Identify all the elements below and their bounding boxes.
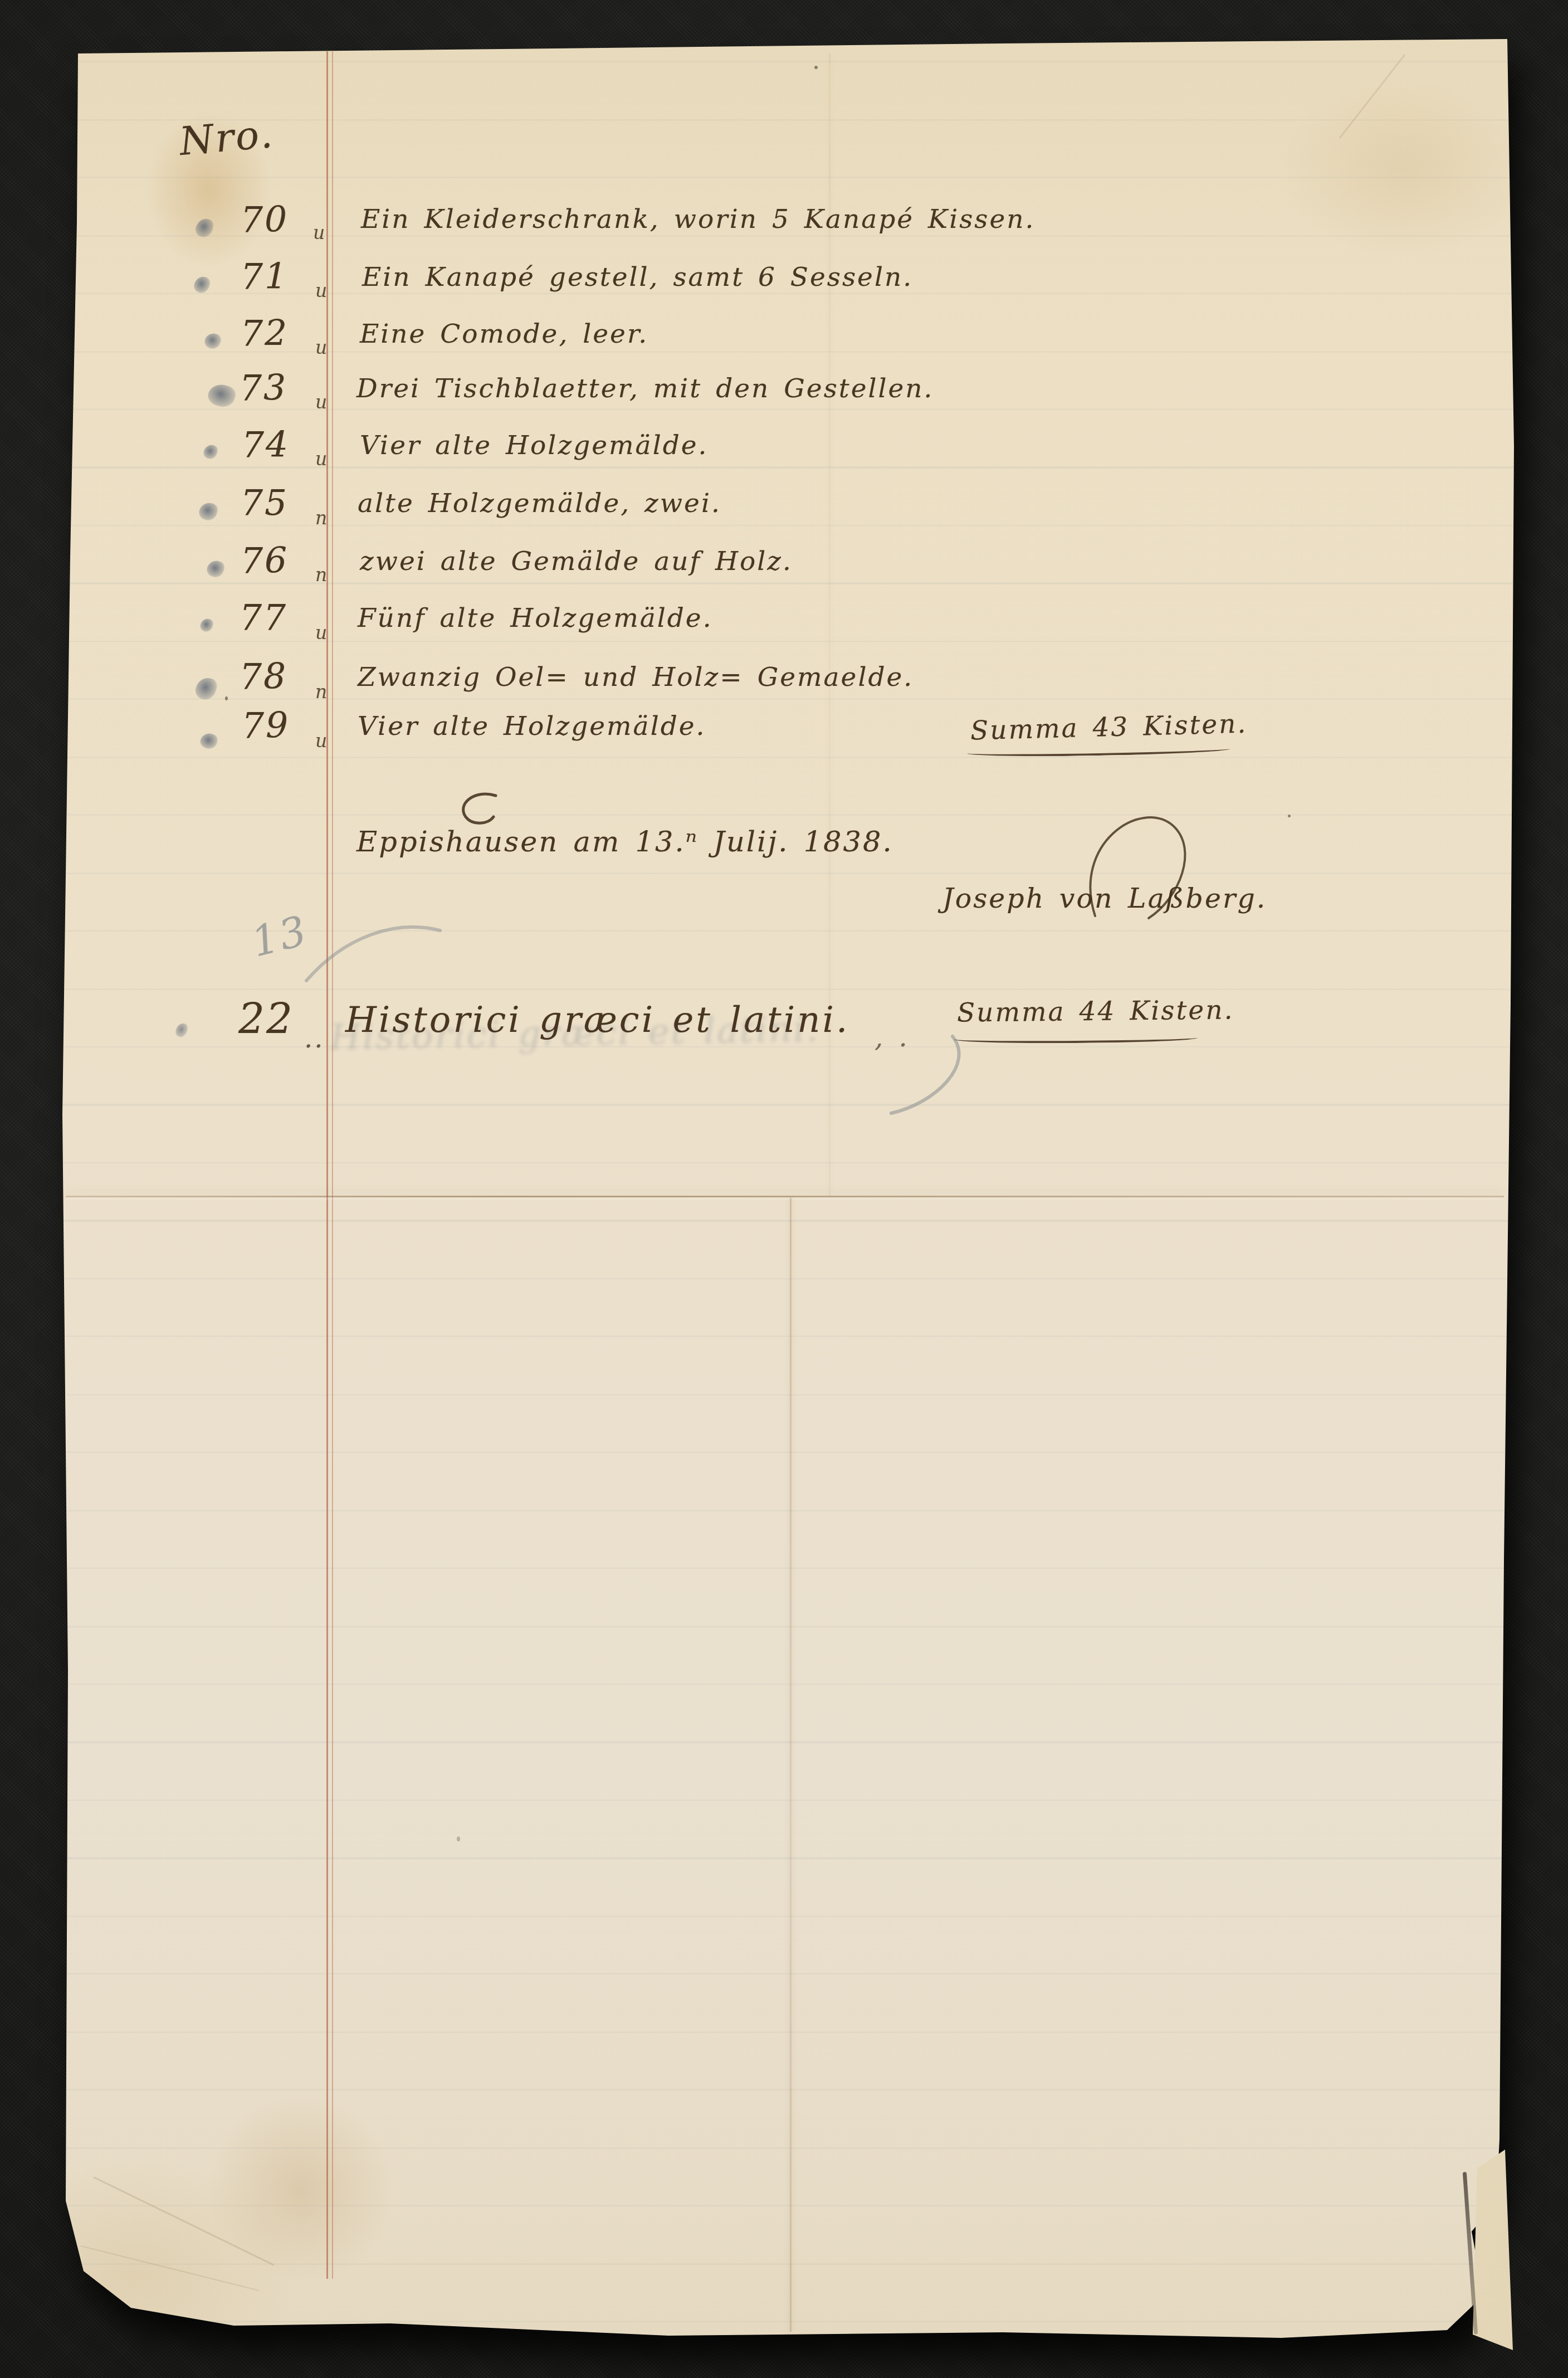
summa-underline	[954, 1008, 1198, 1044]
item-number: 76	[241, 540, 289, 581]
dito-mark: u	[315, 622, 329, 644]
dito-mark: u	[315, 337, 329, 358]
place-date-line: Eppishausen am 13.ⁿ Julij. 1838.	[356, 826, 893, 859]
dito-mark: u	[313, 222, 326, 243]
item-description: Drei Tischblaetter, mit den Gestellen.	[356, 373, 934, 404]
dito-mark: u	[315, 280, 329, 301]
item-description: Zwanzig Oel= und Holz= Gemaelde.	[358, 662, 914, 693]
document-page: Nro. 70 u Ein Kleiderschrank, worin 5 Ka…	[0, 0, 1568, 2378]
entry-title: Historici græci et latini.	[345, 1000, 849, 1041]
paper-speck	[225, 696, 228, 700]
summa-underline	[967, 722, 1230, 758]
item-number: 72	[241, 313, 289, 354]
item-number: 70	[241, 199, 289, 240]
photograph-background: Nro. 70 u Ein Kleiderschrank, worin 5 Ka…	[0, 0, 1568, 2378]
item-number: 78	[240, 656, 287, 697]
paper-shadow-wrap: Nro. 70 u Ein Kleiderschrank, worin 5 Ka…	[0, 0, 1568, 2378]
dito-mark: u	[315, 391, 329, 413]
item-description: Ein Kanapé gestell, samt 6 Sesseln.	[362, 262, 913, 293]
item-description: Ein Kleiderschrank, worin 5 Kanapé Kisse…	[361, 204, 1035, 235]
paper-speck	[457, 1836, 460, 1841]
horizontal-fold-crease	[66, 1196, 1504, 1197]
item-description: Vier alte Holzgemälde.	[358, 711, 706, 742]
item-description: Fünf alte Holzgemälde.	[358, 603, 713, 634]
item-number: 74	[242, 425, 290, 465]
column-header-nro: Nro.	[178, 111, 276, 164]
faint-ruled-lines	[0, 0, 1568, 2378]
item-description: zwei alte Gemälde auf Holz.	[360, 546, 793, 577]
pencil-swirl-stroke	[301, 914, 446, 992]
item-number: 77	[240, 597, 287, 638]
dito-mark: u	[315, 730, 329, 752]
item-description: Vier alte Holzgemälde.	[360, 430, 709, 461]
margin-rule-line-2	[332, 51, 333, 2279]
pencil-flourish-stroke	[869, 1031, 980, 1120]
item-description: alte Holzgemälde, zwei.	[358, 488, 721, 519]
item-number: 75	[241, 483, 289, 523]
dito-mark: u	[315, 448, 329, 470]
dito-mark: n	[315, 681, 329, 703]
margin-rule-line-1	[326, 51, 328, 2279]
dito-mark: n	[315, 507, 329, 529]
signature: Joseph von Laßberg.	[942, 883, 1267, 914]
item-number: 73	[240, 368, 287, 408]
item-description: Eine Comode, leer.	[360, 319, 648, 349]
entry-number-dots: ..	[304, 1023, 325, 1054]
dito-mark: n	[315, 564, 329, 586]
paper-speck	[814, 66, 818, 69]
paper-speck	[1288, 815, 1291, 817]
item-number: 71	[241, 256, 289, 297]
item-number: 79	[242, 705, 290, 746]
entry-number: 22	[238, 995, 294, 1043]
vertical-fold-crease	[790, 1198, 792, 2332]
